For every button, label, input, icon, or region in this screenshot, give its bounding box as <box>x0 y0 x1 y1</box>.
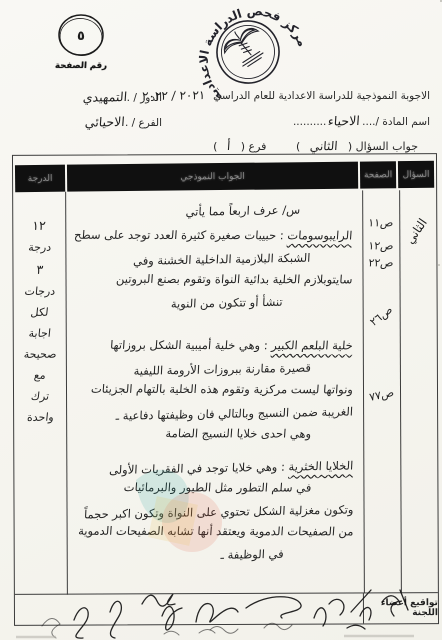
answer-line: وهي احدى خلايا النسيج الضامة <box>70 422 312 445</box>
dots: .......... <box>293 116 326 128</box>
branch-line: الفرع / .الاحيائي <box>12 114 162 129</box>
answer-line: الرايبوسومات : حبيبات صغيرة كثيرة العدد … <box>69 224 353 247</box>
page-number-block: ٥ رقم الصفحة <box>38 12 124 71</box>
page-number-value: ٥ <box>77 29 85 44</box>
grade-word: اجابة <box>28 327 51 340</box>
grade-word: ١٢ <box>32 218 47 233</box>
signature-scribbles <box>14 582 428 640</box>
subject-label: اسم المادة / <box>376 116 430 128</box>
branch-label: الفرع / . <box>125 117 162 129</box>
branch-paren-label: فرع ( <box>241 140 267 153</box>
question-label: جواب السؤال ( <box>348 140 418 153</box>
model-answer-column: س/ عرف اربعاً مما يأتيالرايبوسومات : حبي… <box>65 190 364 594</box>
answers-table: السؤال الصفحة الجواب النموذجي الدرجة الث… <box>12 153 439 626</box>
page-ref: ص٧٧ <box>368 386 394 404</box>
round-branch-block: الدور / .التمهيدي الفرع / .الاحيائي <box>12 89 162 129</box>
grade-word: ترك <box>30 390 50 403</box>
title-text: الاجوبة النموذجية للدراسة الاعدادية للعا… <box>213 90 430 102</box>
round-value-handwritten: التمهيدي <box>82 89 127 105</box>
grade-word: واحدة <box>26 411 54 424</box>
page-ref: ص١١ <box>368 216 394 229</box>
grade-word: درجات <box>24 285 56 298</box>
scanned-answer-sheet: ٥ رقم الصفحة مركز فحص الدراسة الاعدادية … <box>0 0 442 640</box>
paren-close: ) <box>213 140 217 153</box>
table-header-row: السؤال الصفحة الجواب النموذجي الدرجة <box>14 161 435 192</box>
header-grade: الدرجة <box>15 165 65 193</box>
grade-word: لكل <box>30 306 49 319</box>
page-number-label: رقم الصفحة <box>38 61 125 71</box>
answer-line: تنشأ أو تتكون من النوية <box>69 291 283 317</box>
branch-segment: فرع (أ) <box>213 140 266 153</box>
answer-line: سايتوبلازم الخلية بدائية النواة وتقوم بص… <box>69 268 353 291</box>
round-line: الدور / .التمهيدي <box>12 89 162 104</box>
question-cell-handwritten: الثاني <box>401 213 432 249</box>
paren-close: ) <box>296 140 300 153</box>
header-page: الصفحة <box>360 161 396 188</box>
grade-word: صحيحة <box>23 348 57 361</box>
answer-line: س/ عرف اربعاً مما يأتي <box>68 199 300 225</box>
subject-value-handwritten: الاحياء <box>328 113 361 129</box>
grade-word: ٣ <box>35 262 43 277</box>
dots: .... <box>362 116 375 128</box>
grade-column: ١٢درجة٣درجاتلكلاجابةصحيحةمعتركواحدة <box>13 192 67 595</box>
branch-value-handwritten: الاحيائي <box>85 114 126 130</box>
page-ref: ص١٢ <box>368 239 394 252</box>
answer-line: في سلم التطور مثل الطيور والبرمائيات <box>70 476 312 499</box>
question-answer-segment: جواب السؤال (الثاني) <box>296 140 418 153</box>
answer-line: من الصفيحات الدموية ويعتقد أنها تشابه ال… <box>70 520 354 543</box>
page-ref: ص٢٢ <box>368 256 394 269</box>
question-number-handwritten: الثاني <box>310 139 339 153</box>
subject-line: اسم المادة /....الاحياء.......... <box>293 113 430 128</box>
document-title: الاجوبة النموذجية للدراسة الاعدادية للعا… <box>134 88 430 102</box>
grade-word: درجة <box>27 241 51 254</box>
answer-line: في الوظيفة ـ <box>70 543 284 569</box>
header-question: السؤال <box>398 161 434 188</box>
header-model-answer: الجواب النموذجي <box>67 162 358 192</box>
answer-line: خلية البلعم الكبير : وهي خلية أميبية الش… <box>69 334 353 357</box>
page-number-circle: ٥ <box>52 12 110 60</box>
page-refs-column: ص١١ص١٢ص٢٢ص٢٦ص٧٧ <box>362 190 401 593</box>
grade-word: مع <box>33 369 46 382</box>
round-label: الدور / . <box>127 92 162 104</box>
answer-line: ونواتها ليست مركزية وتقوم هذه الخلية بال… <box>69 378 353 401</box>
page-ref: ص٢٦ <box>368 303 395 329</box>
question-bar: جواب السؤال (الثاني) فرع (أ) <box>120 139 418 153</box>
branch-letter-handwritten: أ <box>227 139 231 153</box>
